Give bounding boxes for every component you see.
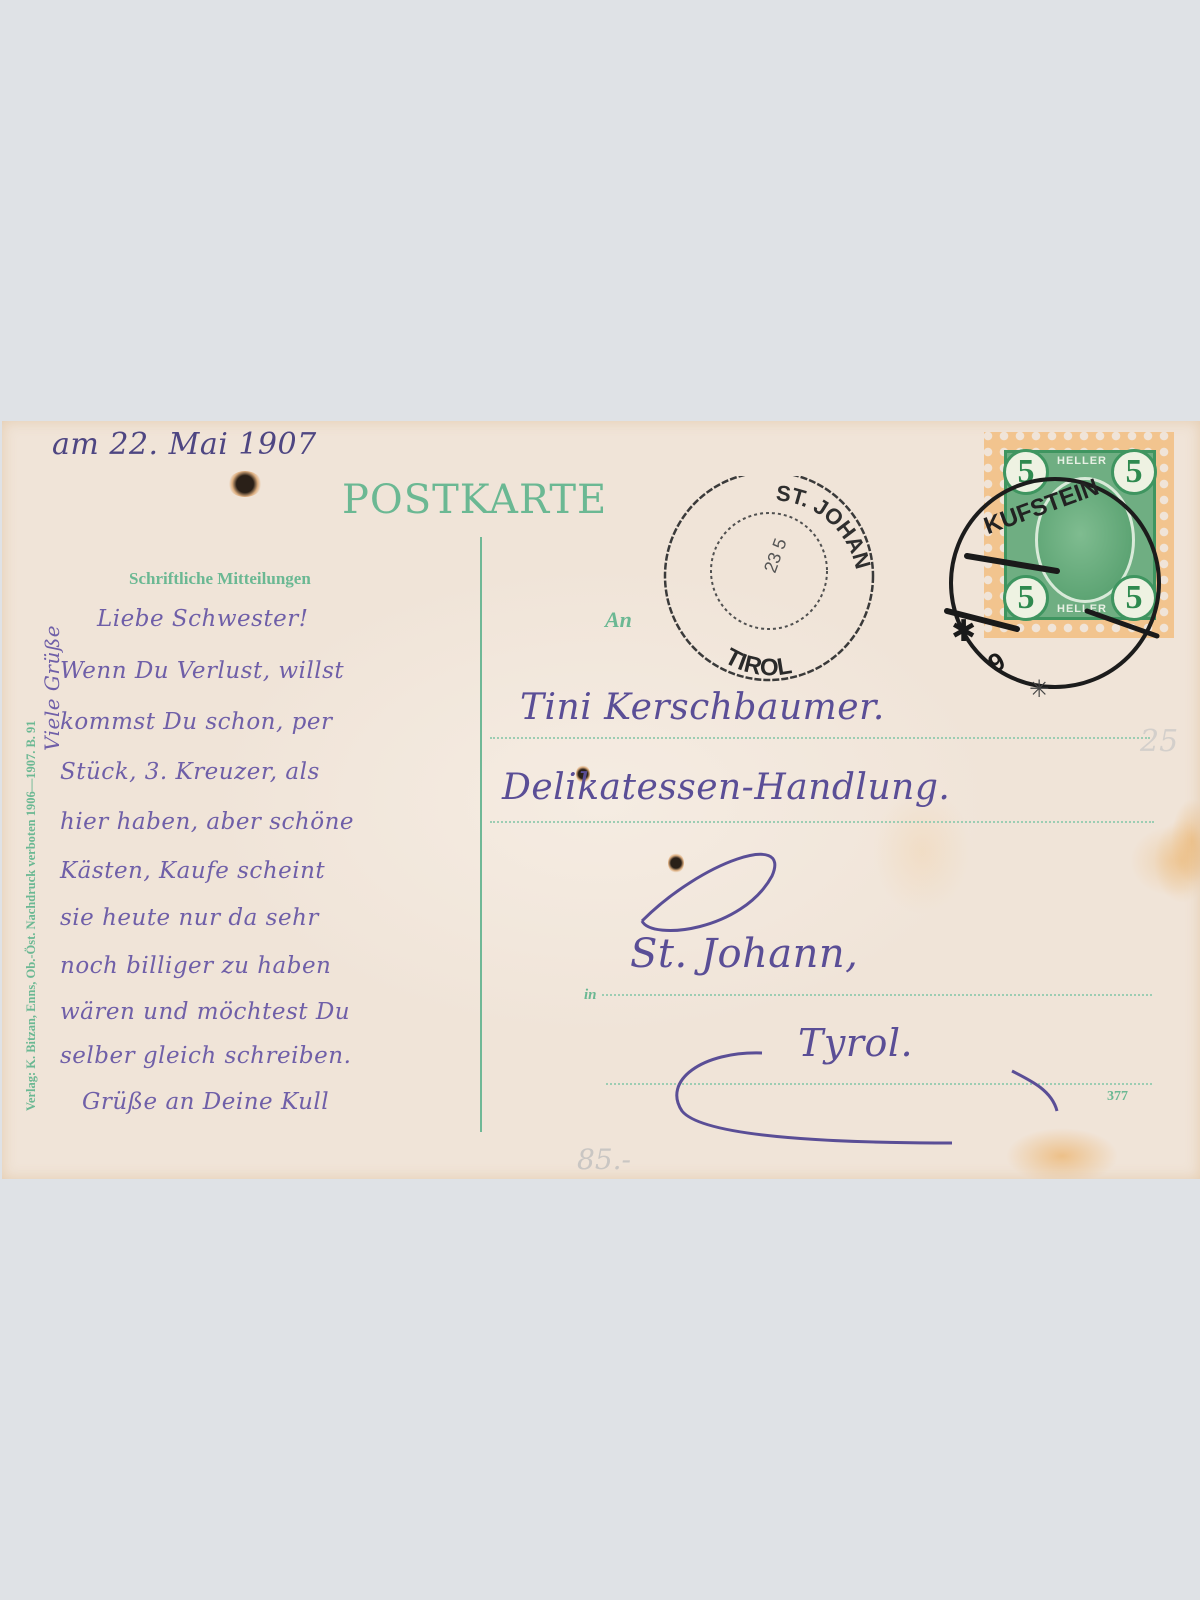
message-line: selber gleich schreiben.: [60, 1043, 351, 1069]
address-label: An: [605, 607, 632, 633]
message-line: Liebe Schwester!: [97, 606, 309, 632]
address-line-1: [490, 737, 1150, 739]
recipient-business: Delikatessen-Handlung.: [502, 767, 950, 808]
message-line: hier haben, aber schöne: [60, 809, 354, 835]
stamp-unit-bottom: HELLER: [1057, 603, 1107, 615]
postcard-back: POSTKARTE Schriftliche Mitteilungen Verl…: [2, 421, 1200, 1179]
recipient-region: Tyrol.: [798, 1021, 913, 1065]
stamp-denomination: 5: [1003, 449, 1049, 495]
svg-text:✳: ✳: [1029, 675, 1049, 703]
recipient-town: St. Johann,: [630, 931, 858, 977]
message-line: sie heute nur da sehr: [60, 905, 319, 931]
burn-spot: [228, 471, 262, 497]
address-line-4: [606, 1083, 1152, 1085]
handwritten-date: am 22. Mai 1907: [52, 427, 317, 462]
section-divider: [480, 537, 482, 1132]
stamp-denomination: 5: [1111, 575, 1157, 621]
recipient-name: Tini Kerschbaumer.: [520, 687, 885, 728]
stamp-denomination: 5: [1003, 575, 1049, 621]
message-line: Grüße an Deine Kull: [82, 1089, 329, 1115]
postcard-title: POSTKARTE: [342, 477, 607, 523]
pencil-mark: 25: [1139, 724, 1178, 759]
postmark-town: ST. JOHANN: [657, 476, 876, 572]
message-line: Stück, 3. Kreuzer, als: [60, 759, 320, 785]
message-line: wären und möchtest Du: [60, 999, 350, 1025]
message-line: noch billiger zu haben: [60, 953, 331, 979]
arrival-postmark: ST. JOHANN TIROL 23 5: [657, 476, 897, 696]
stamp-denomination: 5: [1111, 449, 1157, 495]
message-line: kommst Du schon, per: [60, 709, 332, 735]
place-label: in: [584, 987, 597, 1004]
card-number: 377: [1107, 1089, 1128, 1105]
svg-text:6: 6: [983, 646, 1011, 679]
message-line: Wenn Du Verlust, willst: [60, 658, 344, 684]
pencil-mark: 85.-: [577, 1143, 631, 1176]
stamp-frame: 5 5 5 5 HELLER HELLER: [1004, 450, 1156, 620]
address-line-3: [602, 994, 1152, 996]
postage-stamp: 5 5 5 5 HELLER HELLER: [984, 432, 1174, 638]
postmark-region: TIROL: [721, 643, 794, 681]
svg-text:TIROL: TIROL: [721, 643, 794, 681]
address-line-2: [490, 821, 1154, 823]
svg-text:23 5: 23 5: [760, 536, 791, 576]
stamp-unit-top: HELLER: [1057, 455, 1107, 467]
message-line: Kästen, Kaufe scheint: [60, 858, 325, 884]
ink-spot: [668, 853, 684, 873]
message-section-label: Schriftliche Mitteilungen: [129, 569, 311, 589]
svg-text:✱: ✱: [951, 614, 976, 649]
svg-text:ST. JOHANN: ST. JOHANN: [657, 476, 876, 572]
publisher-imprint: Verlag: K. Bitzan, Enns, Ob.-Öst. Nachdr…: [24, 720, 39, 1111]
